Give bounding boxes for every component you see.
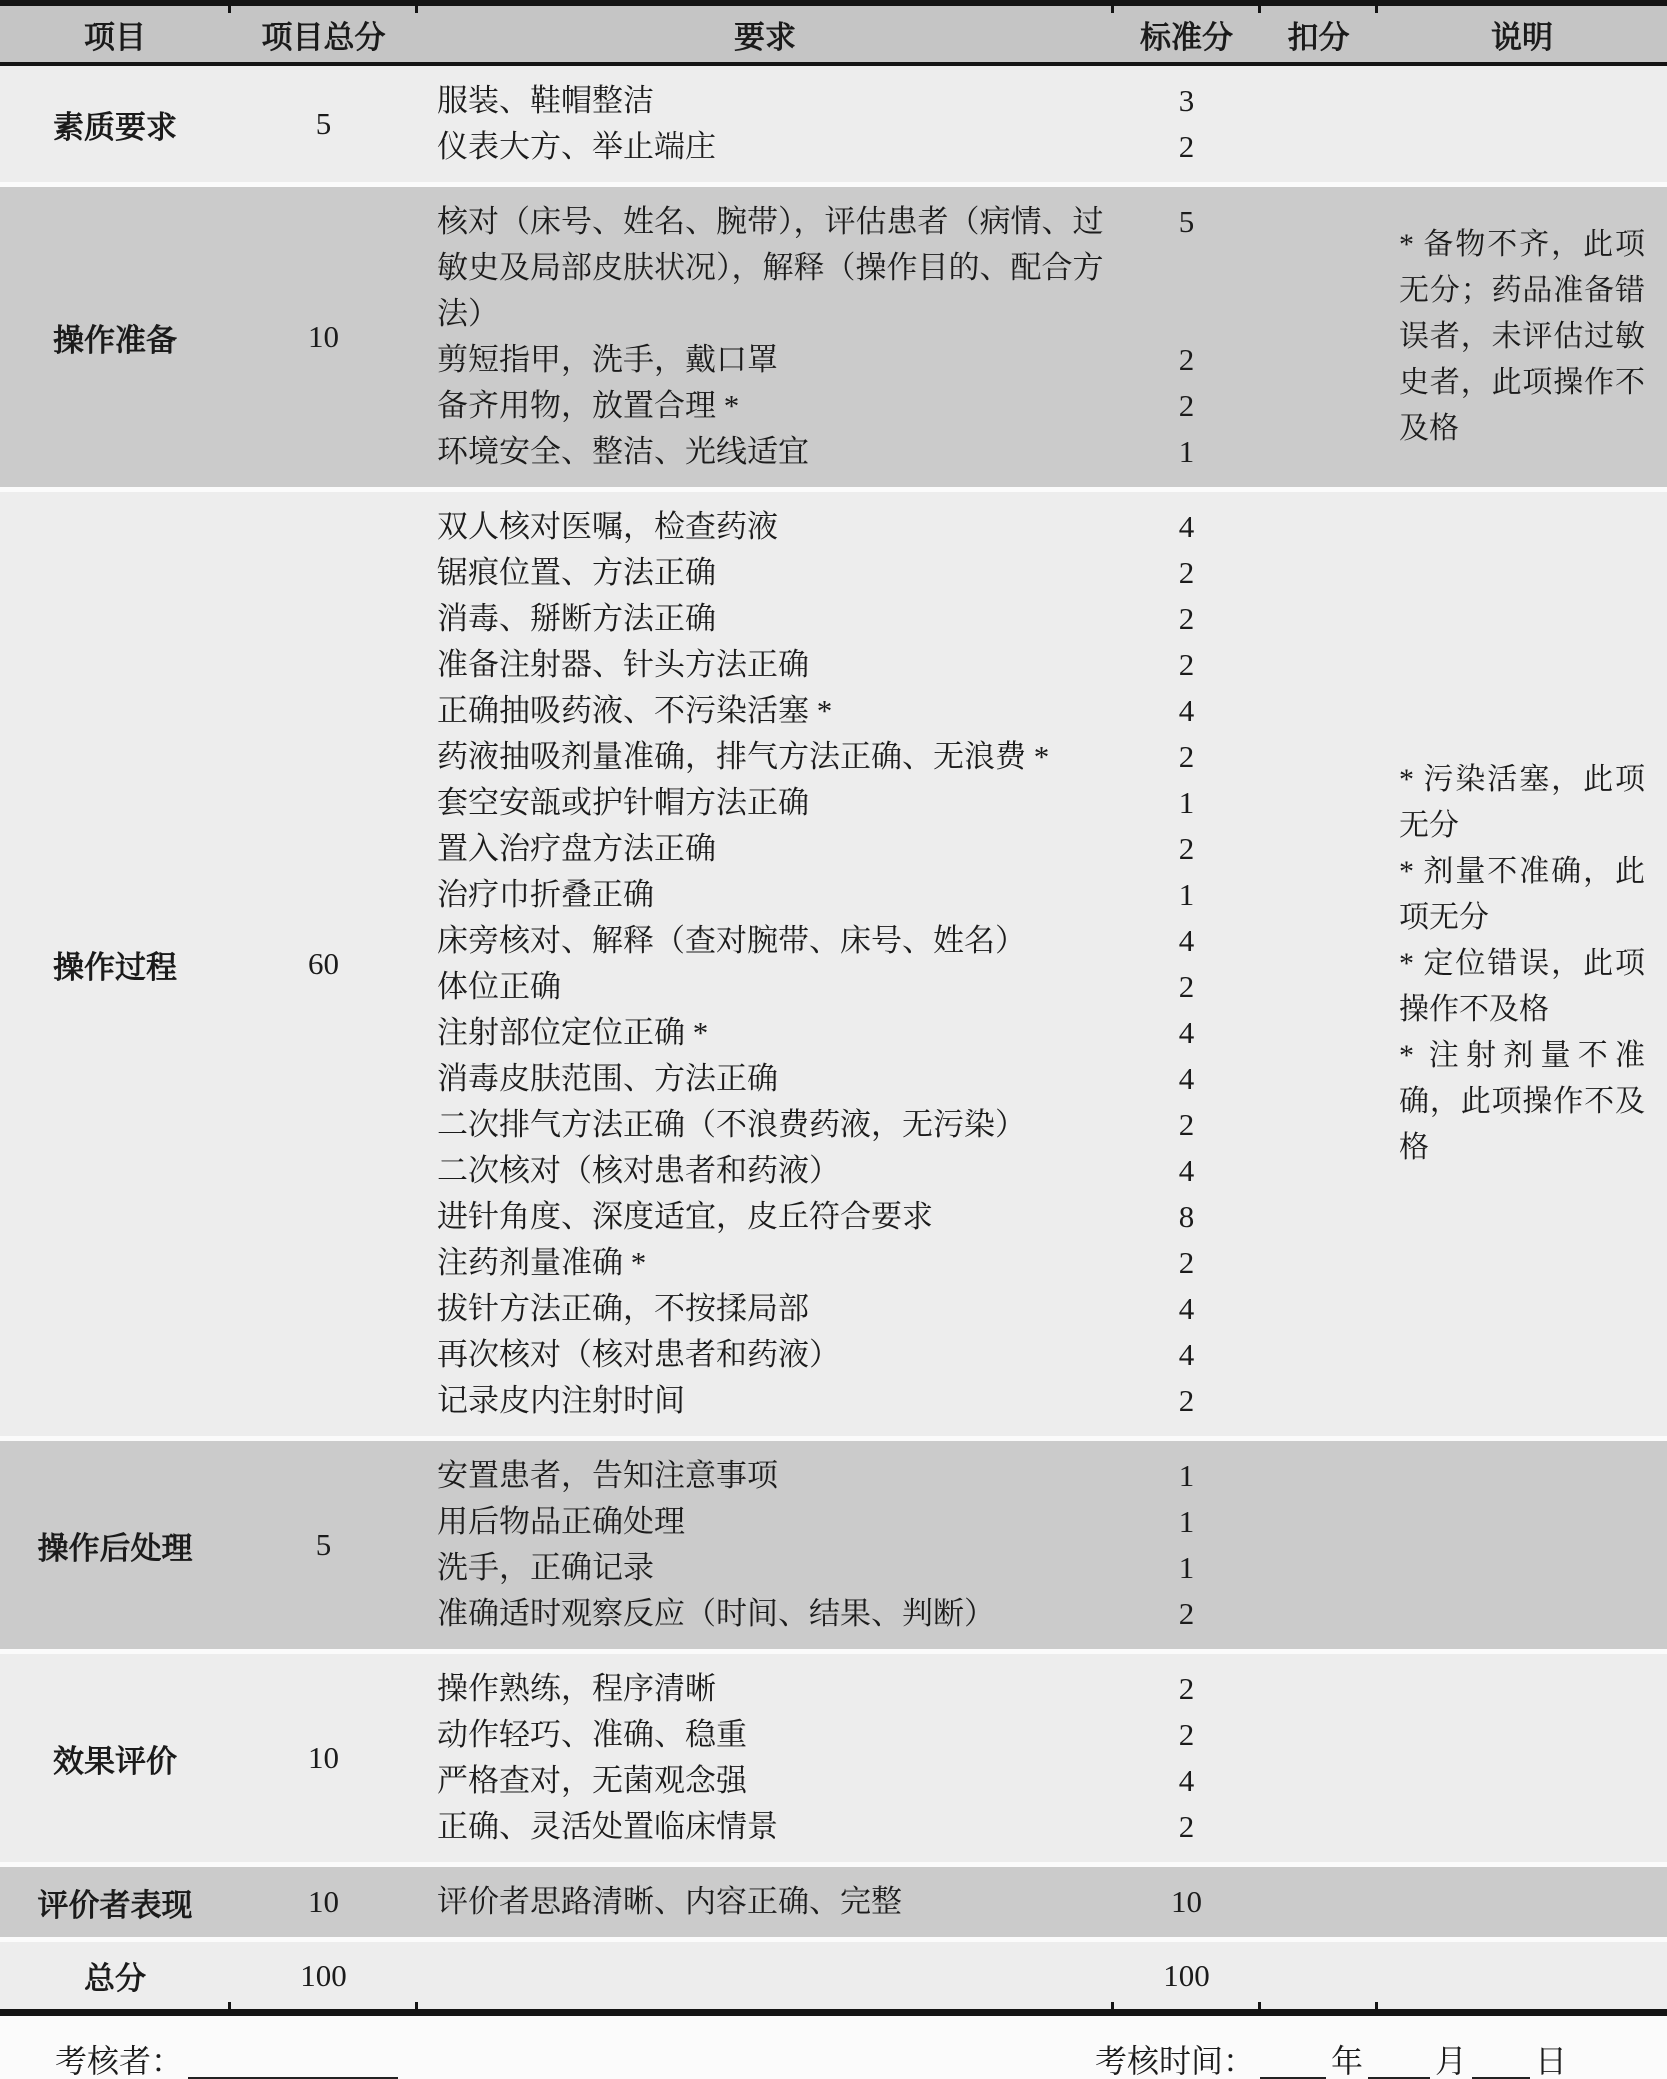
column-tick (415, 2002, 418, 2015)
deduction-cell (1260, 1240, 1377, 1286)
standard-score: 2 (1113, 337, 1260, 383)
table-row: 床旁核对、解释（查对腕带、床号、姓名） 4 (417, 918, 1377, 964)
total-item-score: 100 (230, 1958, 417, 1994)
deduction-cell (1260, 199, 1377, 337)
table-section: 评价者表现 10 评价者思路清晰、内容正确、完整 10 (0, 1862, 1667, 1937)
table-section: 操作后处理 5 安置患者，告知注意事项 1 用后物品正确处理 1 洗手，正确记录… (0, 1436, 1667, 1649)
deduction-cell (1260, 429, 1377, 475)
column-tick (228, 0, 231, 13)
deduction-cell (1260, 1453, 1377, 1499)
section-item-label: 素质要求 (0, 102, 230, 147)
year-label: 年 (1331, 2043, 1363, 2079)
table-row: 正确、灵活处置临床情景 2 (417, 1804, 1377, 1850)
requirement-text: 药液抽吸剂量准确，排气方法正确、无浪费 * (417, 734, 1113, 780)
note-line: * 剂量不准确，此项无分 (1399, 849, 1645, 941)
deduction-cell (1260, 1056, 1377, 1102)
section-item-cell: 操作后处理 (0, 1523, 230, 1568)
table-row: 二次核对（核对患者和药液） 4 (417, 1148, 1377, 1194)
deduction-cell (1260, 1286, 1377, 1332)
standard-score: 2 (1113, 596, 1260, 642)
header-deduction: 扣分 (1260, 12, 1377, 57)
requirement-text: 环境安全、整洁、光线适宜 (417, 429, 1113, 475)
standard-score: 4 (1113, 504, 1260, 550)
standard-score: 2 (1113, 1804, 1260, 1850)
section-item-label: 操作后处理 (0, 1523, 230, 1568)
section-total-cell: 10 (230, 319, 417, 355)
section-item-label: 评价者表现 (0, 1880, 230, 1925)
table-row: 评价者思路清晰、内容正确、完整 10 (417, 1879, 1377, 1925)
table-row: 套空安瓿或护针帽方法正确 1 (417, 780, 1377, 826)
header-standard: 标准分 (1113, 12, 1260, 57)
deduction-cell (1260, 1332, 1377, 1378)
deduction-cell (1260, 383, 1377, 429)
day-label: 日 (1535, 2043, 1567, 2079)
table-row: 仪表大方、举止端庄 2 (417, 124, 1377, 170)
table-row: 严格查对，无菌观念强 4 (417, 1758, 1377, 1804)
standard-score: 4 (1113, 1332, 1260, 1378)
deduction-cell (1260, 1804, 1377, 1850)
requirement-text: 准备注射器、针头方法正确 (417, 642, 1113, 688)
note-line: * 定位错误，此项操作不及格 (1399, 941, 1645, 1033)
deduction-cell (1260, 1010, 1377, 1056)
requirement-text: 记录皮内注射时间 (417, 1378, 1113, 1424)
deduction-cell (1260, 1499, 1377, 1545)
requirement-text: 进针角度、深度适宜，皮丘符合要求 (417, 1194, 1113, 1240)
section-items: 评价者思路清晰、内容正确、完整 10 (417, 1879, 1377, 1925)
table-row: 注射部位定位正确 * 4 (417, 1010, 1377, 1056)
standard-score: 4 (1113, 918, 1260, 964)
section-total-cell: 10 (230, 1884, 417, 1920)
header-item-total: 项目总分 (230, 12, 417, 57)
standard-score: 4 (1113, 1148, 1260, 1194)
section-item-cell: 效果评价 (0, 1736, 230, 1781)
standard-score: 5 (1113, 199, 1260, 337)
section-items: 核对（床号、姓名、腕带），评估患者（病情、过敏史及局部皮肤状况），解释（操作目的… (417, 199, 1377, 475)
section-items: 安置患者，告知注意事项 1 用后物品正确处理 1 洗手，正确记录 1 准确适时观… (417, 1453, 1377, 1637)
top-rule (0, 0, 1667, 6)
standard-score: 2 (1113, 1102, 1260, 1148)
section-item-label: 操作准备 (0, 315, 230, 360)
standard-score: 4 (1113, 1286, 1260, 1332)
table-row: 进针角度、深度适宜，皮丘符合要求 8 (417, 1194, 1377, 1240)
header-note: 说明 (1377, 12, 1667, 57)
bottom-rule (0, 2009, 1667, 2016)
table-header-row: 项目 项目总分 要求 标准分 扣分 说明 (0, 6, 1667, 62)
requirement-text: 床旁核对、解释（查对腕带、床号、姓名） (417, 918, 1113, 964)
table-section: 素质要求 5 服装、鞋帽整洁 3 仪表大方、举止端庄 2 (0, 66, 1667, 182)
total-row: 总分 100 100 (0, 1937, 1667, 2009)
standard-score: 4 (1113, 1010, 1260, 1056)
requirement-text: 安置患者，告知注意事项 (417, 1453, 1113, 1499)
standard-score: 1 (1113, 429, 1260, 475)
requirement-text: 双人核对医嘱，检查药液 (417, 504, 1113, 550)
note-line: * 注射剂量不准确，此项操作不及格 (1399, 1033, 1645, 1171)
table-section: 操作过程 60 双人核对医嘱，检查药液 4 锯痕位置、方法正确 2 消毒、掰断方… (0, 487, 1667, 1436)
requirement-text: 锯痕位置、方法正确 (417, 550, 1113, 596)
table-row: 双人核对医嘱，检查药液 4 (417, 504, 1377, 550)
table-row: 备齐用物，放置合理 * 2 (417, 383, 1377, 429)
table-row: 洗手，正确记录 1 (417, 1545, 1377, 1591)
table-row: 服装、鞋帽整洁 3 (417, 78, 1377, 124)
column-tick (415, 0, 418, 13)
section-total-score: 60 (230, 946, 417, 982)
deduction-cell (1260, 1545, 1377, 1591)
standard-score: 2 (1113, 550, 1260, 596)
deduction-cell (1260, 1194, 1377, 1240)
section-note-cell: * 备物不齐，此项无分；药品准备错误者，未评估过敏史者，此项操作不及格 (1377, 222, 1667, 452)
table-row: 置入治疗盘方法正确 2 (417, 826, 1377, 872)
table-row: 环境安全、整洁、光线适宜 1 (417, 429, 1377, 475)
table-row: 药液抽吸剂量准确，排气方法正确、无浪费 * 2 (417, 734, 1377, 780)
header-requirement: 要求 (417, 12, 1113, 57)
deduction-cell (1260, 918, 1377, 964)
requirement-text: 用后物品正确处理 (417, 1499, 1113, 1545)
table-row: 用后物品正确处理 1 (417, 1499, 1377, 1545)
requirement-text: 治疗巾折叠正确 (417, 872, 1113, 918)
requirement-text: 套空安瓿或护针帽方法正确 (417, 780, 1113, 826)
section-total-cell: 5 (230, 106, 417, 142)
table-row: 操作熟练，程序清晰 2 (417, 1666, 1377, 1712)
section-note: * 备物不齐，此项无分；药品准备错误者，未评估过敏史者，此项操作不及格 (1377, 222, 1667, 452)
requirement-text: 动作轻巧、准确、稳重 (417, 1712, 1113, 1758)
table-section: 效果评价 10 操作熟练，程序清晰 2 动作轻巧、准确、稳重 2 严格查对，无菌… (0, 1649, 1667, 1862)
section-item-cell: 评价者表现 (0, 1880, 230, 1925)
standard-score: 2 (1113, 642, 1260, 688)
table-row: 再次核对（核对患者和药液） 4 (417, 1332, 1377, 1378)
deduction-cell (1260, 780, 1377, 826)
table-row: 消毒、掰断方法正确 2 (417, 596, 1377, 642)
table-row: 锯痕位置、方法正确 2 (417, 550, 1377, 596)
requirement-text: 体位正确 (417, 964, 1113, 1010)
deduction-cell (1260, 826, 1377, 872)
standard-score: 2 (1113, 1712, 1260, 1758)
deduction-cell (1260, 1148, 1377, 1194)
deduction-cell (1260, 1879, 1377, 1925)
table-row: 准备注射器、针头方法正确 2 (417, 642, 1377, 688)
assessor-field: 考核者： (55, 2036, 403, 2079)
column-tick (1258, 0, 1261, 13)
deduction-cell (1260, 1712, 1377, 1758)
total-label: 总分 (0, 1953, 230, 1998)
table-row: 动作轻巧、准确、稳重 2 (417, 1712, 1377, 1758)
requirement-text: 洗手，正确记录 (417, 1545, 1113, 1591)
requirement-text: 核对（床号、姓名、腕带），评估患者（病情、过敏史及局部皮肤状况），解释（操作目的… (417, 199, 1113, 337)
standard-score: 1 (1113, 1545, 1260, 1591)
requirement-text: 二次排气方法正确（不浪费药液，无污染） (417, 1102, 1113, 1148)
standard-score: 4 (1113, 688, 1260, 734)
deduction-cell (1260, 642, 1377, 688)
section-total-cell: 60 (230, 946, 417, 982)
deduction-cell (1260, 78, 1377, 124)
deduction-cell (1260, 734, 1377, 780)
requirement-text: 服装、鞋帽整洁 (417, 78, 1113, 124)
section-item-label: 操作过程 (0, 942, 230, 987)
deduction-cell (1260, 337, 1377, 383)
column-tick (1375, 2002, 1378, 2015)
section-items: 服装、鞋帽整洁 3 仪表大方、举止端庄 2 (417, 78, 1377, 170)
deduction-cell (1260, 1591, 1377, 1637)
standard-score: 2 (1113, 1240, 1260, 1286)
standard-score: 1 (1113, 1499, 1260, 1545)
requirement-text: 置入治疗盘方法正确 (417, 826, 1113, 872)
standard-score: 2 (1113, 964, 1260, 1010)
table-row: 记录皮内注射时间 2 (417, 1378, 1377, 1424)
note-line: * 污染活塞，此项无分 (1399, 757, 1645, 849)
table-row: 剪短指甲，洗手，戴口罩 2 (417, 337, 1377, 383)
requirement-text: 注药剂量准确 * (417, 1240, 1113, 1286)
deduction-cell (1260, 1378, 1377, 1424)
column-tick (228, 2002, 231, 2015)
section-note-cell: * 污染活塞，此项无分* 剂量不准确，此项无分* 定位错误，此项操作不及格* 注… (1377, 757, 1667, 1171)
requirement-text: 消毒皮肤范围、方法正确 (417, 1056, 1113, 1102)
deduction-cell (1260, 964, 1377, 1010)
section-total-score: 10 (230, 1884, 417, 1920)
section-total-score: 10 (230, 319, 417, 355)
standard-score: 2 (1113, 1378, 1260, 1424)
table-row: 拔针方法正确，不按揉局部 4 (417, 1286, 1377, 1332)
column-tick (1111, 2002, 1114, 2015)
column-tick (1258, 2002, 1261, 2015)
standard-score: 3 (1113, 78, 1260, 124)
footer: 考核者： 考核时间：年月日 (0, 2016, 1667, 2079)
column-tick (1375, 0, 1378, 13)
table-row: 消毒皮肤范围、方法正确 4 (417, 1056, 1377, 1102)
note-line: * 备物不齐，此项无分；药品准备错误者，未评估过敏史者，此项操作不及格 (1399, 222, 1645, 452)
section-total-cell: 5 (230, 1527, 417, 1563)
standard-score: 2 (1113, 124, 1260, 170)
header-item: 项目 (0, 12, 230, 57)
section-item-cell: 素质要求 (0, 102, 230, 147)
requirement-text: 剪短指甲，洗手，戴口罩 (417, 337, 1113, 383)
section-item-label: 效果评价 (0, 1736, 230, 1781)
assess-time-label: 考核时间： (1095, 2043, 1255, 2079)
deduction-cell (1260, 1758, 1377, 1804)
deduction-cell (1260, 550, 1377, 596)
table-body: 素质要求 5 服装、鞋帽整洁 3 仪表大方、举止端庄 2 操作准备 10 核对（… (0, 66, 1667, 1937)
standard-score: 4 (1113, 1758, 1260, 1804)
table-row: 安置患者，告知注意事项 1 (417, 1453, 1377, 1499)
deduction-cell (1260, 1666, 1377, 1712)
requirement-text: 操作熟练，程序清晰 (417, 1666, 1113, 1712)
requirement-text: 再次核对（核对患者和药液） (417, 1332, 1113, 1378)
deduction-cell (1260, 872, 1377, 918)
assessment-score-sheet: 项目 项目总分 要求 标准分 扣分 说明 素质要求 5 服装、鞋帽整洁 3 仪表… (0, 0, 1667, 2079)
section-item-cell: 操作准备 (0, 315, 230, 360)
section-total-score: 5 (230, 1527, 417, 1563)
column-tick (1111, 0, 1114, 13)
assessor-label: 考核者： (55, 2043, 183, 2079)
section-total-score: 10 (230, 1740, 417, 1776)
standard-score: 1 (1113, 780, 1260, 826)
requirement-text: 准确适时观察反应（时间、结果、判断） (417, 1591, 1113, 1637)
table-row: 治疗巾折叠正确 1 (417, 872, 1377, 918)
deduction-cell (1260, 504, 1377, 550)
standard-score: 2 (1113, 826, 1260, 872)
deduction-cell (1260, 124, 1377, 170)
deduction-cell (1260, 1102, 1377, 1148)
standard-score: 2 (1113, 1666, 1260, 1712)
requirement-text: 注射部位定位正确 * (417, 1010, 1113, 1056)
table-row: 二次排气方法正确（不浪费药液，无污染） 2 (417, 1102, 1377, 1148)
requirement-text: 拔针方法正确，不按揉局部 (417, 1286, 1113, 1332)
table-row: 核对（床号、姓名、腕带），评估患者（病情、过敏史及局部皮肤状况），解释（操作目的… (417, 199, 1377, 337)
table-row: 正确抽吸药液、不污染活塞 * 4 (417, 688, 1377, 734)
table-row: 体位正确 2 (417, 964, 1377, 1010)
standard-score: 2 (1113, 383, 1260, 429)
requirement-text: 备齐用物，放置合理 * (417, 383, 1113, 429)
section-item-cell: 操作过程 (0, 942, 230, 987)
standard-score: 1 (1113, 1453, 1260, 1499)
requirement-text: 正确、灵活处置临床情景 (417, 1804, 1113, 1850)
standard-score: 2 (1113, 1591, 1260, 1637)
assess-time-field: 考核时间：年月日 (1095, 2036, 1567, 2079)
standard-score: 1 (1113, 872, 1260, 918)
header-bottom-rule (0, 62, 1667, 66)
deduction-cell (1260, 688, 1377, 734)
standard-score: 10 (1113, 1879, 1260, 1925)
standard-score: 4 (1113, 1056, 1260, 1102)
requirement-text: 消毒、掰断方法正确 (417, 596, 1113, 642)
table-row: 注药剂量准确 * 2 (417, 1240, 1377, 1286)
section-total-score: 5 (230, 106, 417, 142)
standard-score: 8 (1113, 1194, 1260, 1240)
requirement-text: 评价者思路清晰、内容正确、完整 (417, 1879, 1113, 1925)
month-label: 月 (1435, 2043, 1467, 2079)
section-note: * 污染活塞，此项无分* 剂量不准确，此项无分* 定位错误，此项操作不及格* 注… (1377, 757, 1667, 1171)
total-standard-score: 100 (1113, 1958, 1260, 1994)
requirement-text: 正确抽吸药液、不污染活塞 * (417, 688, 1113, 734)
requirement-text: 二次核对（核对患者和药液） (417, 1148, 1113, 1194)
requirement-text: 仪表大方、举止端庄 (417, 124, 1113, 170)
section-items: 操作熟练，程序清晰 2 动作轻巧、准确、稳重 2 严格查对，无菌观念强 4 正确… (417, 1666, 1377, 1850)
table-row: 准确适时观察反应（时间、结果、判断） 2 (417, 1591, 1377, 1637)
table-section: 操作准备 10 核对（床号、姓名、腕带），评估患者（病情、过敏史及局部皮肤状况）… (0, 182, 1667, 487)
requirement-text: 严格查对，无菌观念强 (417, 1758, 1113, 1804)
section-items: 双人核对医嘱，检查药液 4 锯痕位置、方法正确 2 消毒、掰断方法正确 2 准备… (417, 504, 1377, 1424)
section-total-cell: 10 (230, 1740, 417, 1776)
deduction-cell (1260, 596, 1377, 642)
standard-score: 2 (1113, 734, 1260, 780)
